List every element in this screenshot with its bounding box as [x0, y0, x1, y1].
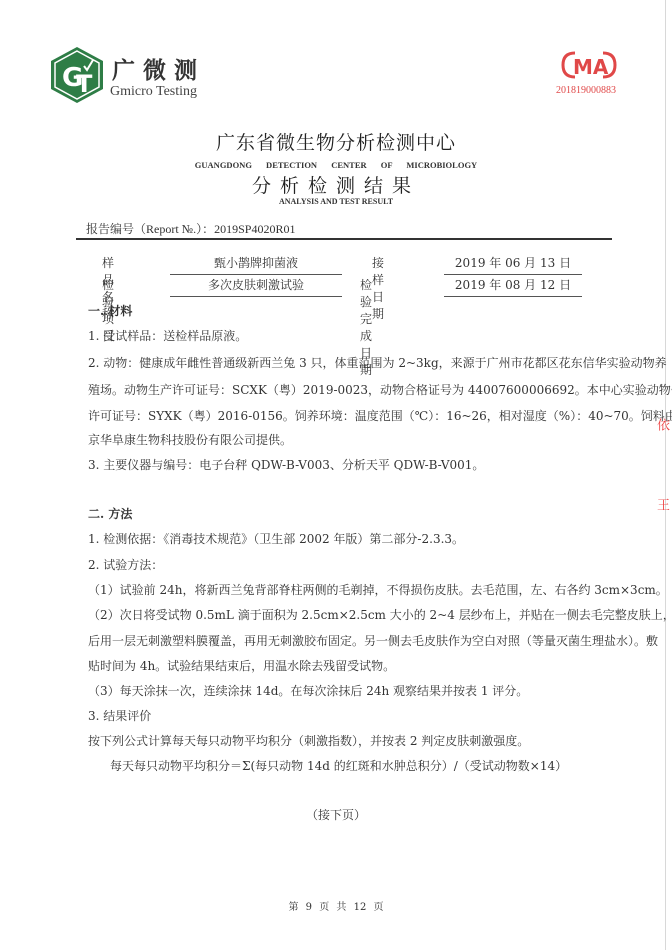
result-title-cn: 分析检测结果: [0, 171, 672, 198]
margin-seal-bottom: 王: [652, 498, 671, 511]
receive-date-label: 接样日期: [372, 254, 384, 322]
svg-text:T: T: [76, 70, 93, 98]
materials-item-2-line-3: 许可证号：SYXK（粤）2016-0156。饲养环境：温度范围（℃）：16~26…: [88, 407, 672, 424]
methods-step-3: （3）每天涂抹一次，连续涂抹 14d。在每次涂抹后 24h 观察结果并按表 1 …: [88, 682, 528, 699]
cma-certification-icon: MA: [561, 50, 617, 80]
materials-item-2-line-2: 殖场。动物生产许可证号：SCXK（粤）2019-0023，动物合格证号为 440…: [88, 381, 672, 398]
methods-item-1: 1. 检测依据：《消毒技术规范》（卫生部 2002 年版）第二部分-2.3.3。: [88, 530, 464, 547]
report-number-value: 2019SP4020R01: [214, 222, 295, 236]
report-number: 报告编号（Report №.）：2019SP4020R01: [86, 220, 295, 237]
cma-number: 201819000883: [556, 85, 616, 96]
materials-item-2-line-4: 京华阜康生物科技股份有限公司提供。: [88, 431, 292, 448]
receive-date-value: 2019 年 06 月 13 日: [444, 254, 582, 275]
sample-name-value: 甄小鹊牌抑菌液: [170, 254, 342, 275]
center-title-cn: 广东省微生物分析检测中心: [0, 128, 672, 155]
methods-step-2-line-1: （2）次日将受试物 0.5mL 滴于面积为 2.5cm×2.5cm 大小的 2~…: [88, 606, 672, 623]
page-number: 第 9 页 共 12 页: [0, 898, 672, 913]
result-title-en: ANALYSIS AND TEST RESULT: [0, 197, 672, 206]
methods-step-1: （1）试验前 24h，将新西兰兔背部脊柱两侧的毛剃掉，不得损伤皮肤。去毛范围，左…: [88, 581, 668, 598]
formula: 每天每只动物平均积分＝Σ(每只动物 14d 的红斑和水肿总积分）/（受试动物数×…: [110, 757, 567, 774]
materials-item-3: 3. 主要仪器与编号：电子台秤 QDW-B-V003、分析天平 QDW-B-V0…: [88, 456, 484, 473]
results-evaluation-text: 按下列公式计算每天每只动物平均积分（刺激指数），并按表 2 判定皮肤刺激强度。: [88, 732, 529, 749]
header-divider: [76, 238, 612, 240]
methods-step-2-line-2: 后用一层无刺激塑料膜覆盖，再用无刺激胶布固定。另一侧去毛皮肤作为空白对照（等量灭…: [88, 632, 658, 649]
methods-step-2-line-3: 贴时间为 4h。试验结果结束后，用温水除去残留受试物。: [88, 657, 395, 674]
gmicro-logo-icon: G T: [48, 46, 106, 104]
center-title-en: GUANGDONG DETECTION CENTER OF MICROBIOLO…: [0, 160, 672, 170]
margin-seal-top: 依: [652, 418, 671, 431]
report-number-label: 报告编号（Report №.）：: [86, 222, 214, 236]
brand-name-cn: 广微测: [112, 52, 205, 85]
continued-note: （接下页）: [0, 806, 672, 823]
complete-date-value: 2019 年 08 月 12 日: [444, 276, 582, 297]
brand-name-en: Gmicro Testing: [110, 84, 197, 100]
materials-item-2-line-1: 2. 动物：健康成年雌性普通级新西兰兔 3 只，体重范围为 2~3kg，来源于广…: [88, 354, 667, 371]
materials-heading: 一. 材料: [88, 302, 132, 319]
materials-item-1: 1. 受试样品：送检样品原液。: [88, 327, 247, 344]
test-item-value: 多次皮肤刺激试验: [170, 276, 342, 297]
results-evaluation-heading: 3. 结果评价: [88, 707, 151, 724]
methods-heading: 二. 方法: [88, 505, 132, 522]
methods-item-2: 2. 试验方法：: [88, 556, 163, 573]
svg-text:MA: MA: [573, 55, 609, 79]
